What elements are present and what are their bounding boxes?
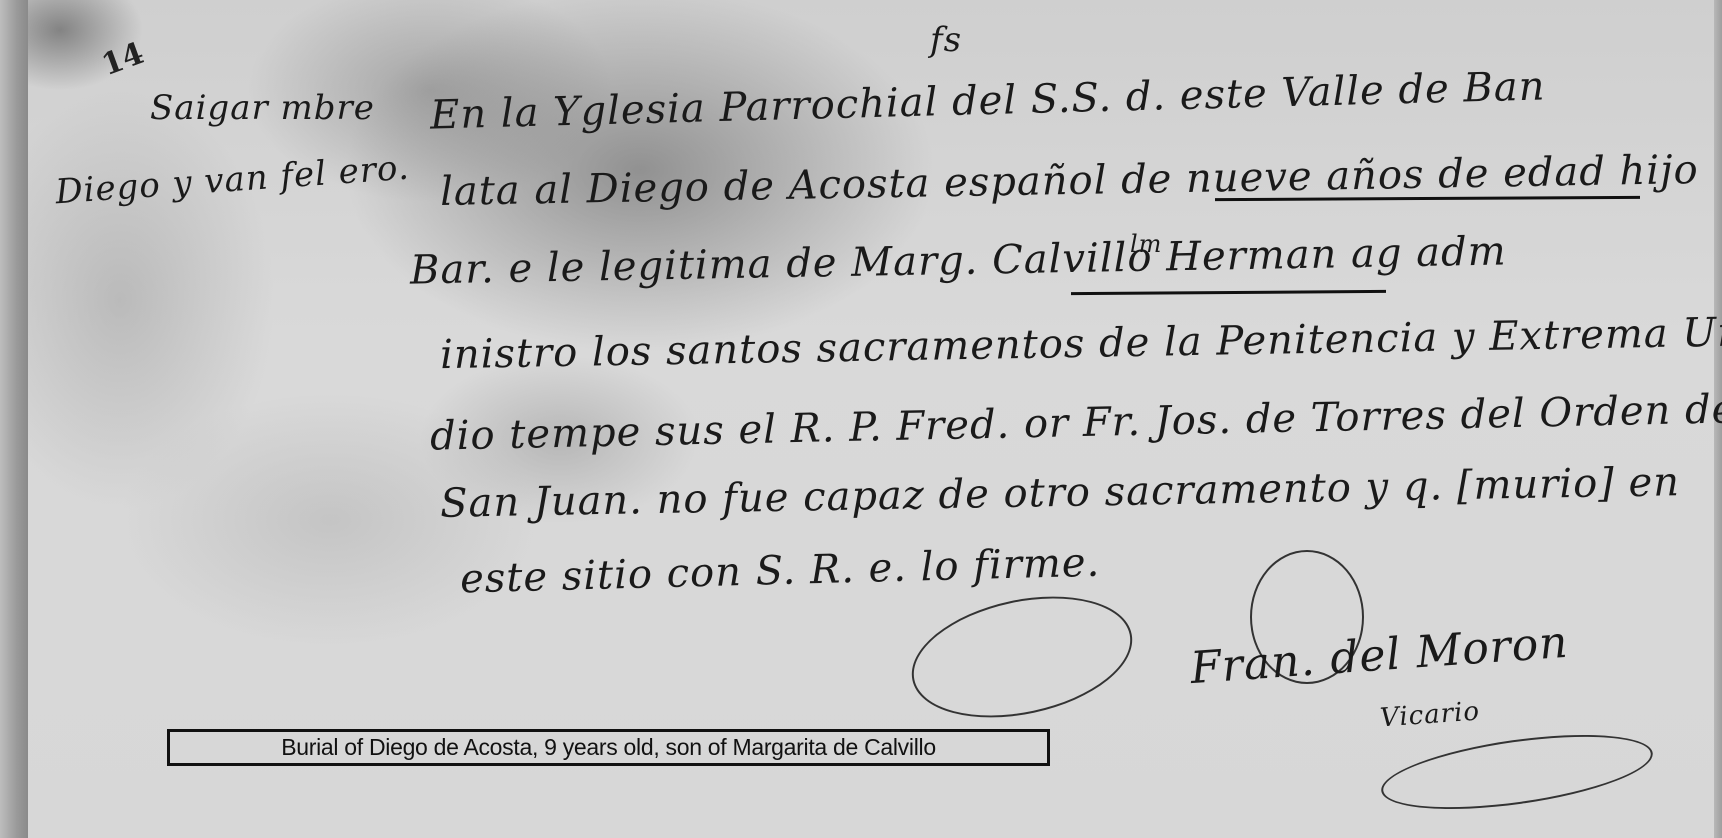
- caption-box: Burial of Diego de Acosta, 9 years old, …: [167, 729, 1050, 766]
- caption-text: Burial of Diego de Acosta, 9 years old, …: [281, 734, 936, 761]
- interlinear-note-top: fs: [930, 20, 962, 60]
- page-left-edge: [0, 0, 28, 838]
- margin-note-line-1: Saigar mbre: [150, 88, 375, 128]
